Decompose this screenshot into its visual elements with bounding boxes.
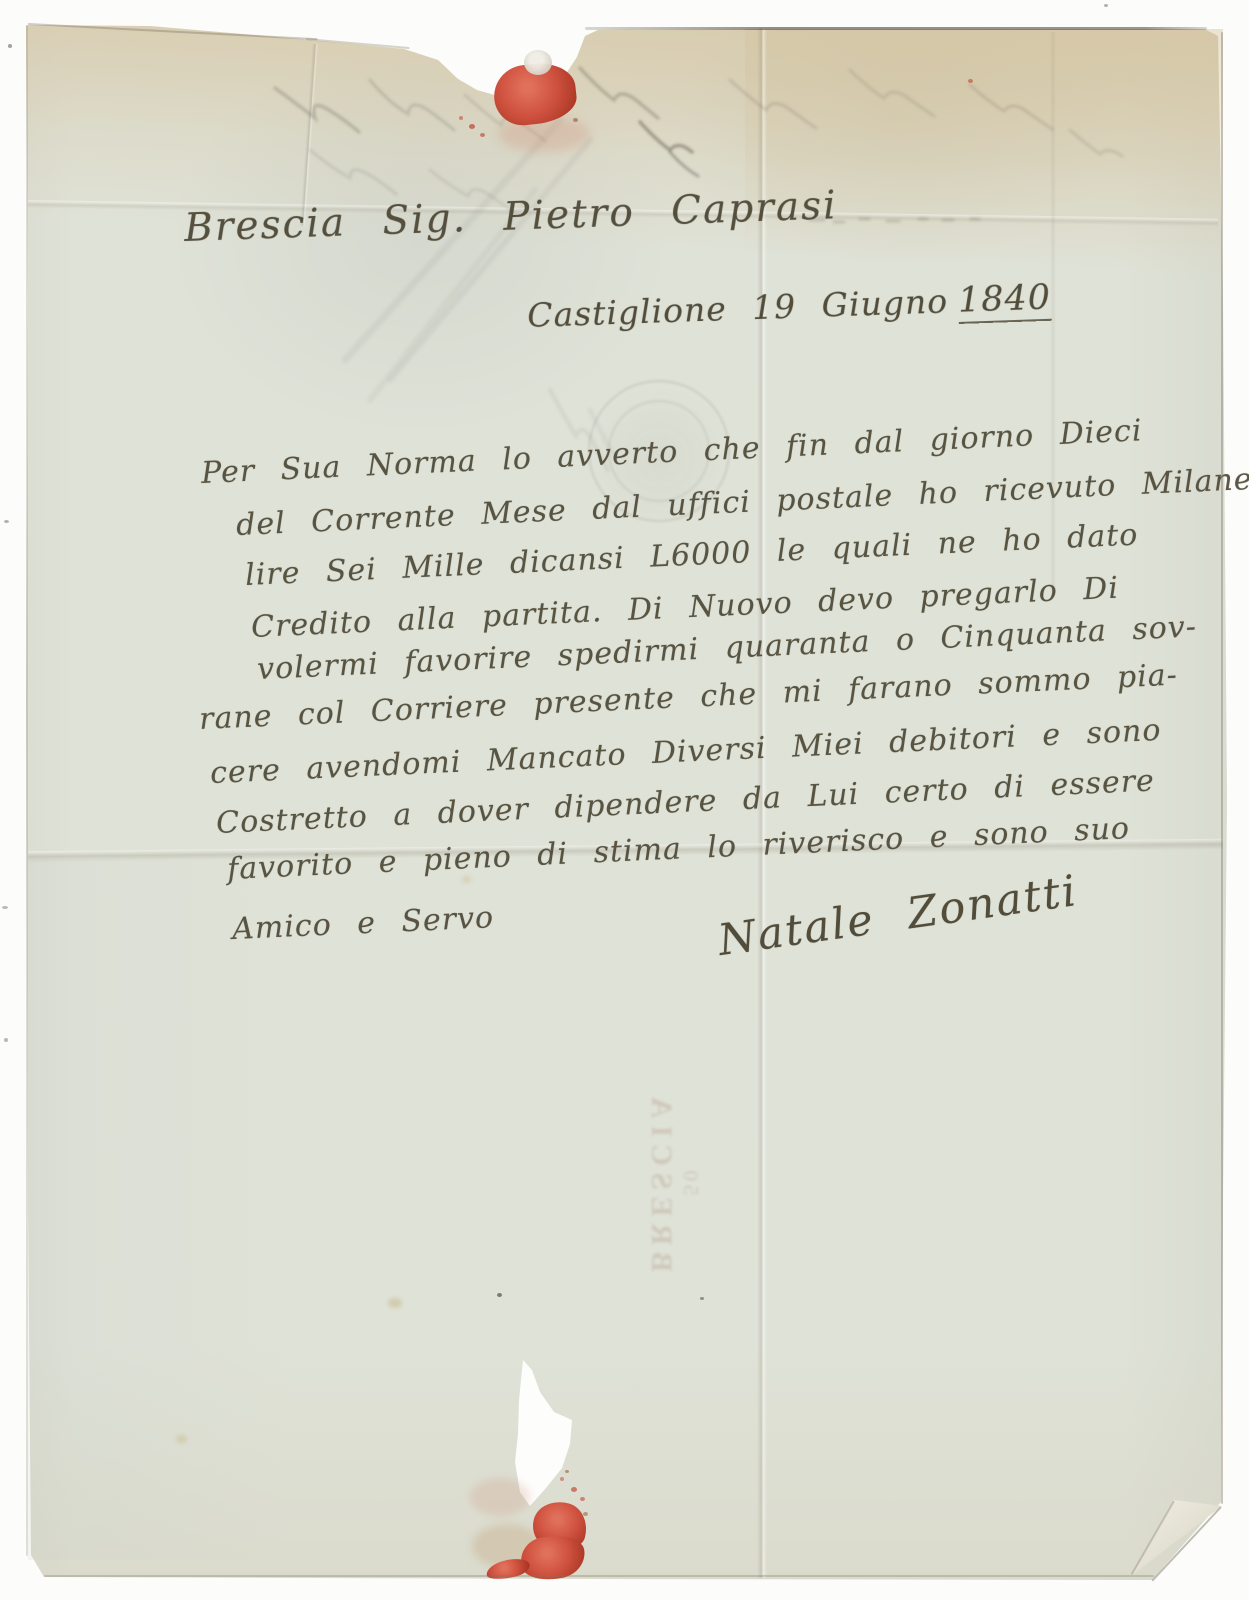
- stamp-city: BRESCIA: [643, 1051, 679, 1311]
- scanned-letter-photo: 50 BRESCIA Brescia Sig. Pietro Caprasi C…: [0, 0, 1249, 1600]
- dateline-year: 1840: [957, 278, 1052, 324]
- margin-speck: [2, 906, 8, 909]
- margin-speck: [8, 44, 12, 48]
- margin-speck: [4, 520, 9, 523]
- margin-speck: [1104, 4, 1108, 7]
- brescia-stamp-showthrough: 50 BRESCIA: [633, 1051, 703, 1311]
- margin-speck: [4, 1038, 8, 1042]
- stamp-number: 50: [679, 1051, 703, 1311]
- wax-dot-white: [524, 50, 552, 75]
